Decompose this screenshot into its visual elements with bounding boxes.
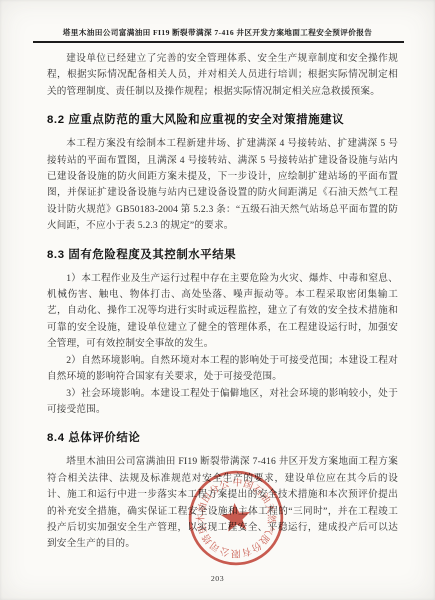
paragraph-inherent-hazards: 1）本工程作业及生产运行过程中存在主要危险为火灾、爆炸、中毒和窒息、机械伤害、触…	[47, 271, 398, 353]
section-heading-8-4: 8.4 总体评价结论	[47, 429, 398, 445]
page-content: 建设单位已经建立了完善的安全管理体系、安全生产规章制度和安全操作规程，根据实际情…	[47, 51, 398, 553]
section-heading-8-3: 8.3 固有危险程度及其控制水平结果	[47, 246, 398, 262]
paragraph-natural-environment: 2）自然环境影响。自然环境对本工程的影响处于可接受范围；本建设工程对自然环境的影…	[47, 353, 398, 386]
paragraph-overall-conclusion: 塔里木油田公司富满油田 FI19 断裂带满深 7-416 井区开发方案地面工程方…	[47, 454, 398, 552]
running-header-title: 塔里木油田公司富满油田 FI19 断裂带满深 7-416 井区开发方案地面工程安…	[30, 27, 405, 38]
paragraph-social-environment: 3）社会环境影响。本建设工程处于偏僻地区，对社会环境的影响较小，处于可接受范围。	[47, 386, 398, 419]
header-rule	[33, 41, 404, 43]
page-number: 203	[0, 574, 435, 583]
report-page: 塔里木油田公司富满油田 FI19 断裂带满深 7-416 井区开发方案地面工程安…	[0, 0, 435, 600]
paragraph-fire-spacing: 本工程方案没有绘制本工程新建井场、扩建满深 4 号接转站、扩建满深 5 号接转站…	[47, 136, 398, 234]
paragraph-safety-management: 建设单位已经建立了完善的安全管理体系、安全生产规章制度和安全操作规程，根据实际情…	[47, 51, 398, 100]
section-heading-8-2: 8.2 应重点防范的重大风险和应重视的安全对策措施建议	[47, 111, 398, 127]
